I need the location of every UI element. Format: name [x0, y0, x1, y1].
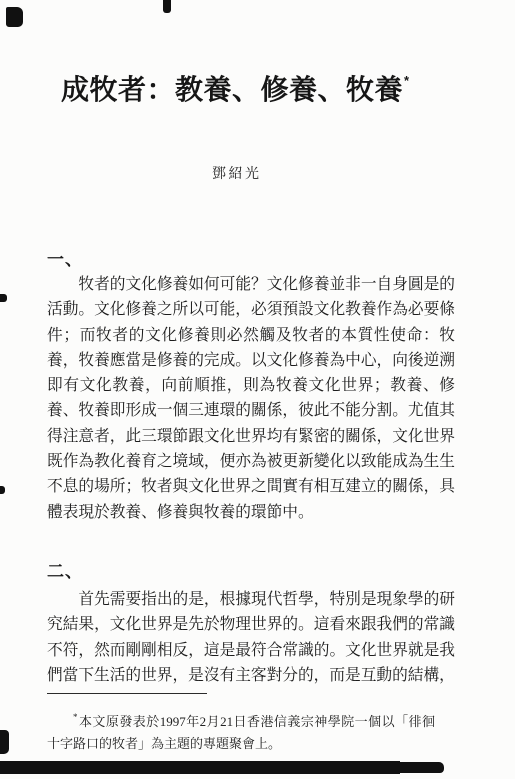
scan-artifact-top-edge-tick — [163, 0, 171, 13]
section-2-paragraph: 首先需要指出的是，根據現代哲學，特別是現象學的研究結果，文化世界是先於物理世界的… — [47, 587, 455, 688]
scan-artifact-bottom-left-blob — [0, 730, 9, 754]
scan-artifact-top-left-corner — [6, 7, 23, 27]
section-1-heading: 一、 — [47, 245, 83, 270]
scan-artifact-left-edge-upper — [0, 294, 7, 302]
footnote-separator-rule — [47, 693, 207, 694]
title-footnote-mark: * — [404, 73, 410, 88]
section-1-paragraph: 牧者的文化修養如何可能？文化修養並非一自身圓是的活動。文化修養之所以可能，必須預… — [47, 272, 455, 525]
section-2-heading: 二、 — [47, 557, 83, 582]
page-title: 成牧者：教養、修養、牧養* — [61, 68, 410, 108]
page-title-text: 成牧者：教養、修養、牧養 — [61, 74, 403, 105]
author-name: 鄧紹光 — [212, 163, 262, 183]
scan-artifact-bottom-bar-end — [400, 762, 444, 773]
scan-artifact-bottom-bar — [0, 761, 400, 774]
footnote: *本文原發表於1997年2月21日香港信義宗神學院一個以「徘徊十字路口的牧者」為… — [47, 707, 435, 754]
footnote-text: 本文原發表於1997年2月21日香港信義宗神學院一個以「徘徊十字路口的牧者」為主… — [47, 714, 435, 751]
scanned-document-page: 成牧者：教養、修養、牧養* 鄧紹光 一、 牧者的文化修養如何可能？文化修養並非一… — [0, 0, 515, 779]
scan-artifact-left-edge-lower — [0, 486, 5, 494]
footnote-mark: * — [73, 712, 78, 722]
